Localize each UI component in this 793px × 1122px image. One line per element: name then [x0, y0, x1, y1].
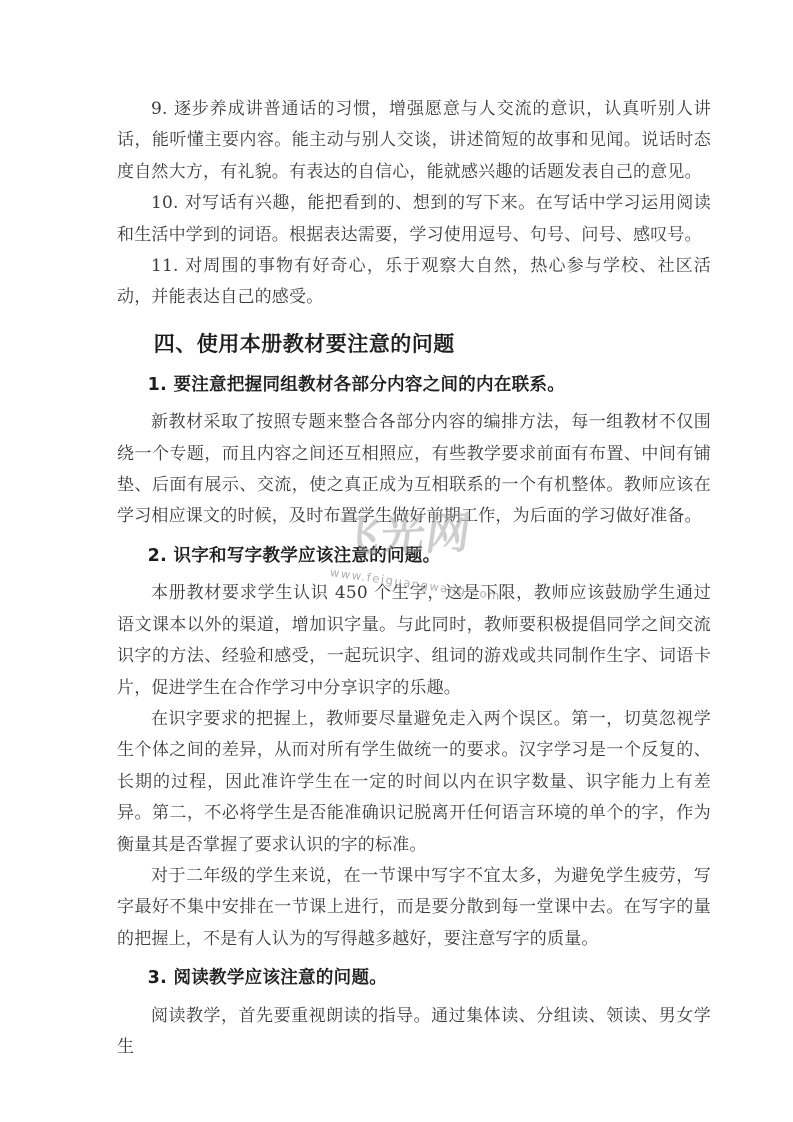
paragraph: 对于二年级的学生来说，在一节课中写字不宜太多，为避免学生疲劳，写字最好不集中安排… — [117, 861, 711, 955]
sub-heading: 2. 识字和写字教学应该注意的问题。 — [117, 541, 711, 572]
paragraph: 11. 对周围的事物有好奇心，乐于观察大自然，热心参与学校、社区活动，并能表达自… — [117, 251, 711, 314]
sub-heading: 1. 要注意把握同组教材各部分内容之间的内在联系。 — [117, 370, 711, 401]
document-page: 9. 逐步养成讲普通话的习惯，增强愿意与人交流的意识，认真听别人讲话，能听懂主要… — [0, 0, 793, 1122]
sub-heading: 3. 阅读教学应该注意的问题。 — [117, 963, 711, 994]
paragraph: 10. 对写话有兴趣，能把看到的、想到的写下来。在写话中学习运用阅读和生活中学到… — [117, 188, 711, 251]
paragraph: 9. 逐步养成讲普通话的习惯，增强愿意与人交流的意识，认真听别人讲话，能听懂主要… — [117, 94, 711, 188]
paragraph: 新教材采取了按照专题来整合各部分内容的编排方法，每一组教材不仅围绕一个专题，而且… — [117, 407, 711, 533]
paragraph: 本册教材要求学生认识 450 个生字，这是下限，教师应该鼓励学生通过语文课本以外… — [117, 578, 711, 704]
paragraph: 阅读教学，首先要重视朗读的指导。通过集体读、分组读、领读、男女学生 — [117, 1001, 711, 1064]
paragraph: 在识字要求的把握上，教师要尽量避免走入两个误区。第一，切莫忽视学生个体之间的差异… — [117, 704, 711, 861]
section-heading: 四、使用本册教材要注意的问题 — [117, 328, 711, 360]
document-body: 9. 逐步养成讲普通话的习惯，增强愿意与人交流的意识，认真听别人讲话，能听懂主要… — [117, 94, 711, 1063]
